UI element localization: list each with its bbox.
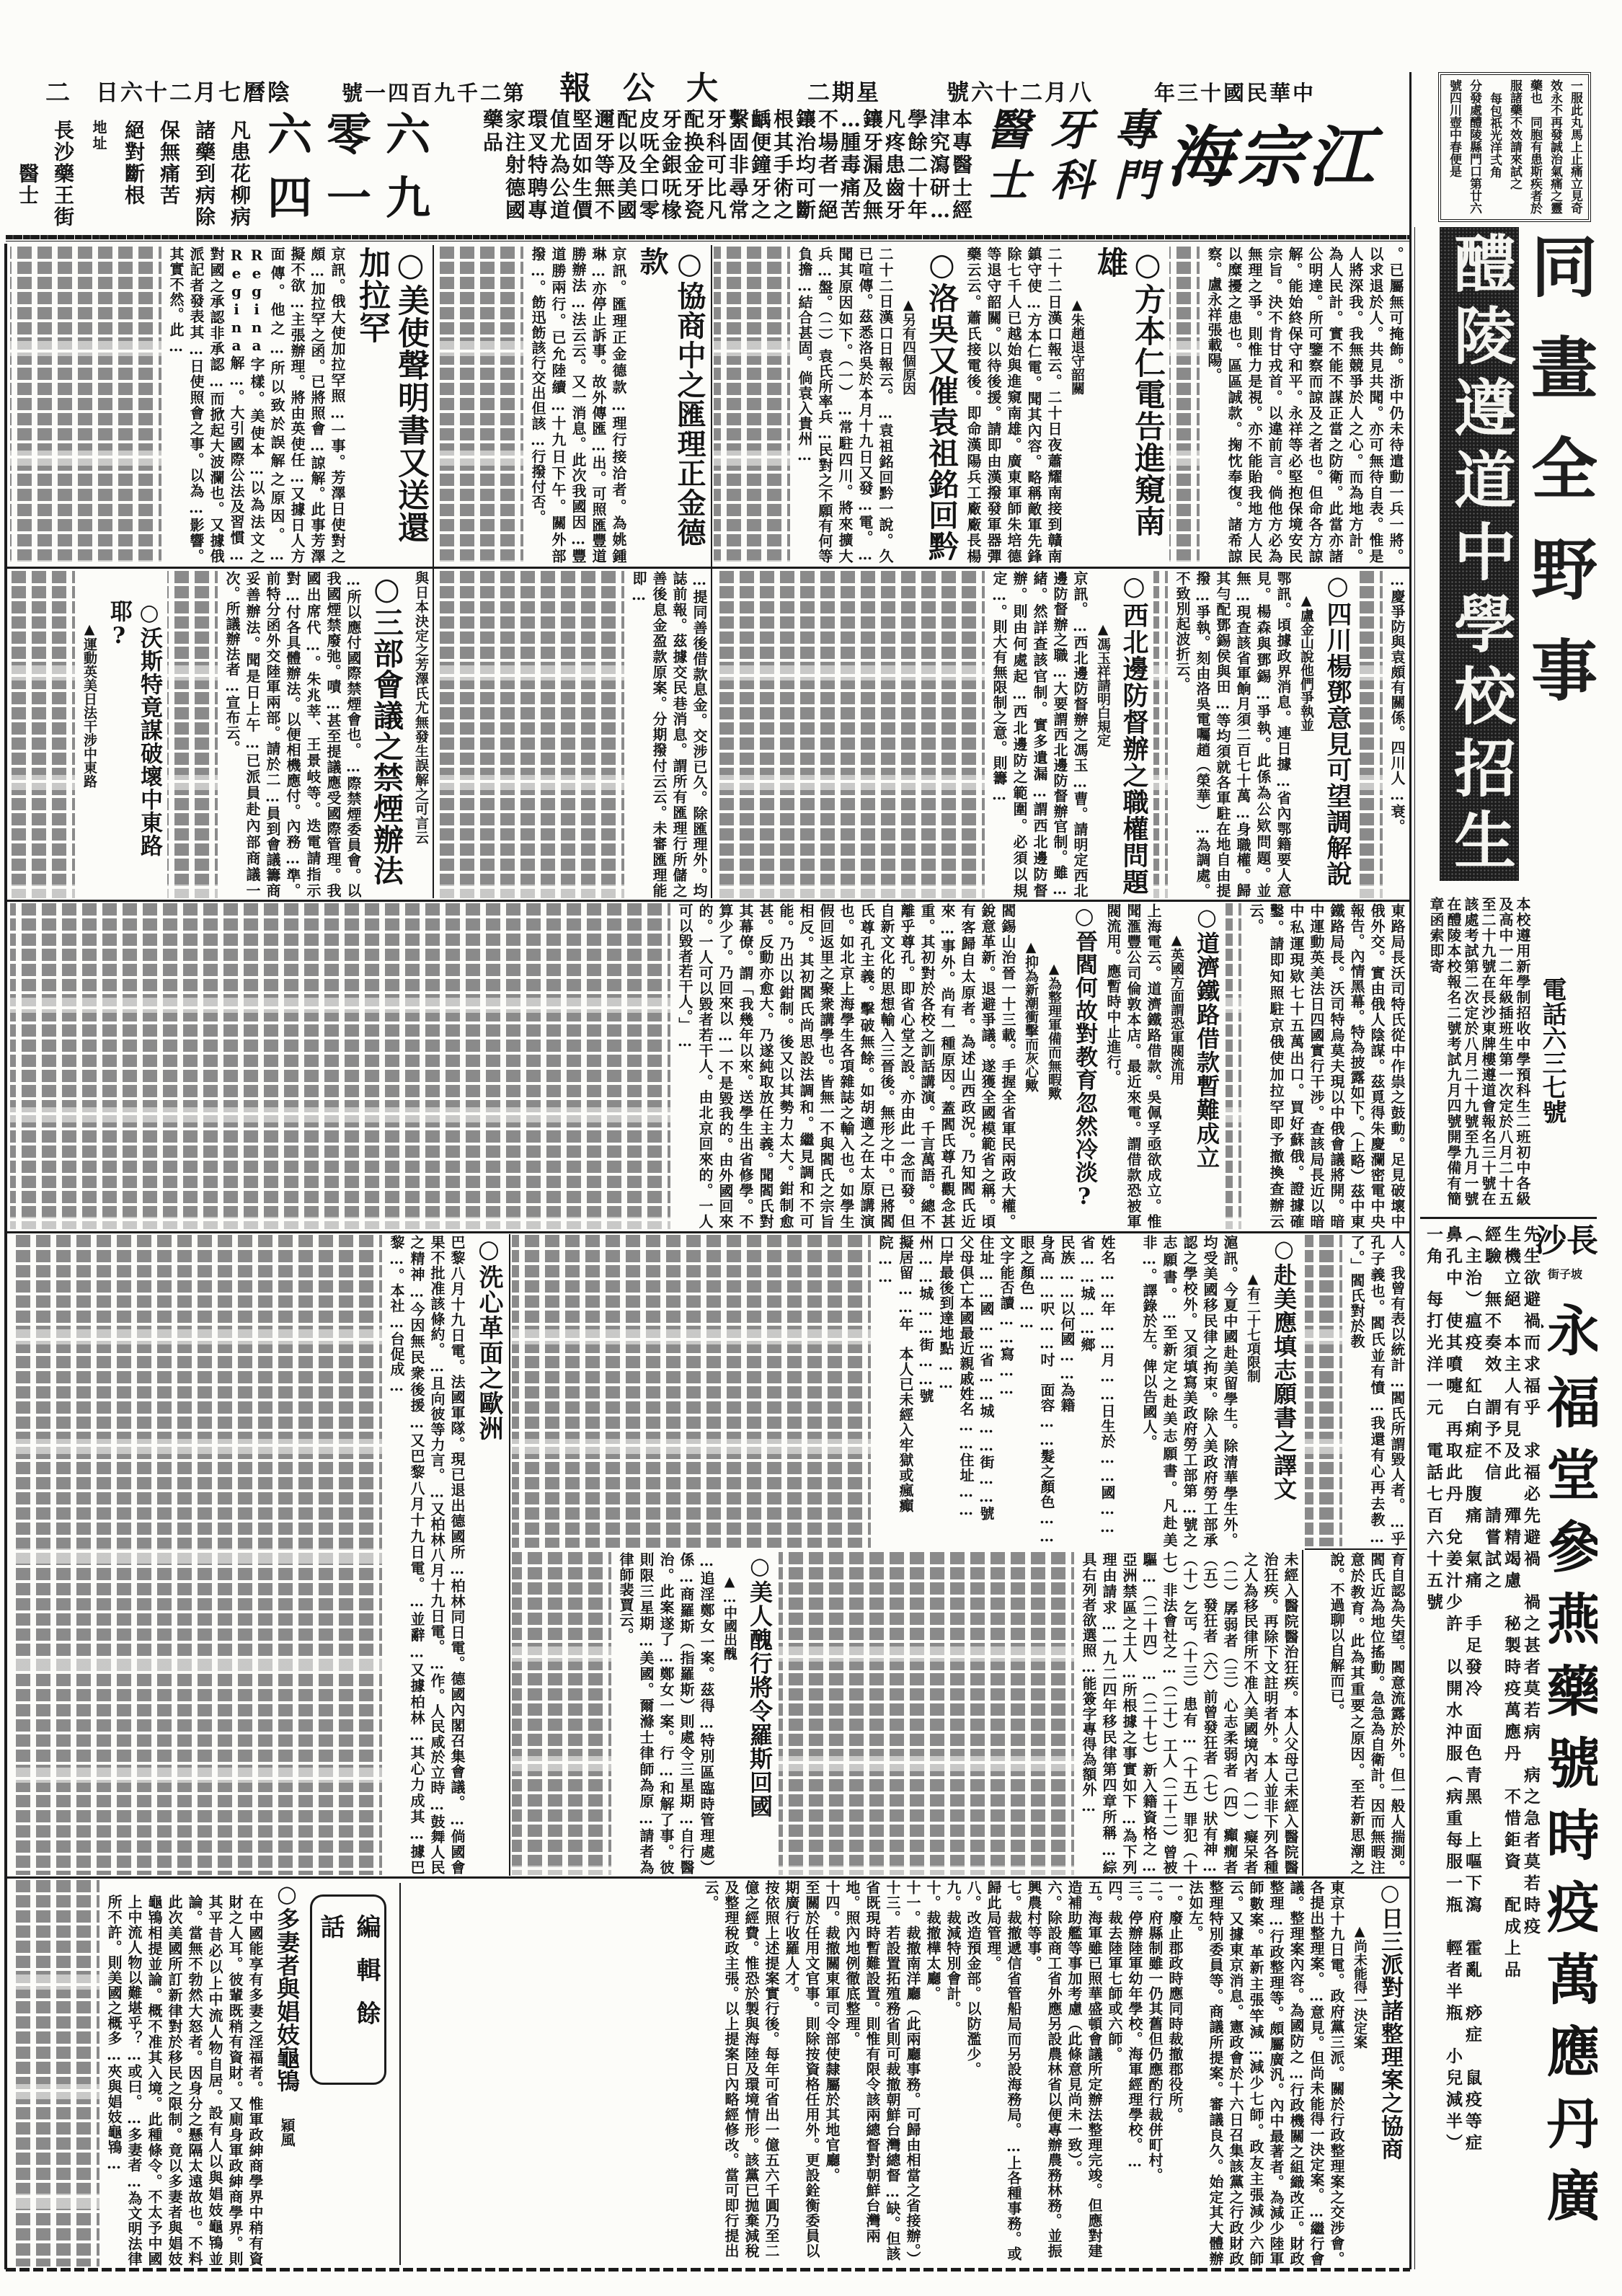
illegible-text-texture [10,1235,382,1875]
ad-column: 絕對斷根 [116,120,151,232]
dentist-titles: 專門 牙科 醫士 [972,107,1164,209]
ad-column: 及高中一二年級插班生第一次定於八月二十五 [1497,897,1514,1215]
article-body: 。已屬無可掩飾。浙中仍未待遣動一兵一將。以求退於人。共見共聞。亦可無待自表。惟是… [1204,247,1406,564]
form-line: 姓名……年……月……日生於……國……省……城……鄉 [1077,1235,1117,1548]
list-item: 九。裁減特別會計。 [943,1880,963,2266]
illegible-text-texture [435,247,523,564]
list-item: 七。裁撤遞信省管船局而另設海務局。…上各種事務。或歸此局管理。 [983,1880,1024,2266]
article-body: 京訊。…西北邊防督辦之馮玉…曹。請明定西北邊防督辦之職…大要謂西北邊防督辦官制。… [989,571,1090,898]
article-sanbu-opium: ○三部會議之禁煙辦法 …所以應付國際禁煙會也。…際禁煙委員會。以我國煙禁廢弛。嘖… [167,571,407,898]
ad-band-divider-thin [6,241,1412,241]
editorial-column-polygamy: 編輯餘話 ○多妻者與娼妓龜鴇穎風 在中國能享有多妻之淫福者。惟軍政紳商學界中稍有… [10,1880,398,2266]
dentist-title: 醫士 [973,107,1037,209]
article-xieshang-continuation: …提同善後借款息金。交涉已久。除匯理外。均誌前報。茲據交民巷消息。謂所有匯理行所… [435,571,709,898]
ad-column: 在醴陵本校報名二號考試九月四號開學備有簡 [1445,897,1462,1215]
ad-column: 效永不再發誠治氣痛之靈 [1545,79,1565,215]
list-item: 六。除設商工省外應另設農林省以便專辦農務林務。並振興農村等事。 [1024,1880,1064,2266]
ad-column: 地址 [81,120,116,232]
illegible-text-texture [10,1880,99,2266]
ad-column: 號四川壺中春便是 [1444,79,1464,215]
main-column-divider [1409,72,1412,2269]
author-byline: 穎風 [278,2118,296,2147]
pharmacy-ad-title: 永福堂參燕藥號時疫萬應丹廣告 [1541,1302,1597,2268]
subheadline: ▲運動英美日法干涉中東路 [79,571,99,898]
illegible-text-texture [512,1552,611,1875]
headline: ○方本仁電告進窺南雄 [1091,247,1166,564]
newspaper-page: 二 陰曆七月二十六日 第二千九百四一號 大公報 星期二 八月二十六號 中華民國十… [0,0,1622,2296]
article-xibei-border-defense: ○西北邊防督辦之職權問題 ▲馮玉祥請明白規定 京訊。…西北邊防督辦之馮玉…曹。請… [714,571,1152,898]
article-body: …慶爭防與袁頗有關係。四川人…衰。 [1387,571,1407,898]
pharmacy-city: 長沙 [1532,1222,1598,1261]
closing-paragraph: 按依照上述提案實行後。每年可省出一億五六千圓乃至二億之經費。惟恐於製與海陸及環境… [701,1880,781,2266]
article-body: 人。我曾有表以統計…閻氏所謂毀人者。…乎孔子義也。閻氏並有憤…我還有心再去教…了… [1347,1235,1407,1546]
list-item: 一。廢止郡政時應同時裁撤郡役所。 [1165,1880,1185,2266]
ad-column: 章函索即寄 [1427,897,1445,1215]
ad-column: 每包祇光洋弍角 [1484,79,1504,215]
republic-year: 中華民國十三年 [1153,78,1316,108]
article-meishi-karakhan: ○美使聲明書又送還加拉罕 京訊。俄大使加拉罕照…一事。芳澤日使對之頗…加拉罕之函… [10,247,431,564]
form-line: 住址……國……省……城……街……號 [976,1235,996,1548]
subheadline: ▲抑為新潮衝擊而灰心歟 [1021,903,1041,1229]
subheadline: ▲馮玉祥請明白規定 [1093,571,1113,898]
issue-number: 第二千九百四一號 [332,78,526,108]
article-american-misconduct: ○美人醜行將令羅斯回國 ▲…中國出醜 …追淫鄭女一案。茲得…特別區臨時管理處）係… [512,1552,777,1875]
illegible-text-texture [167,571,218,898]
form-line: 州……城……街……號 [916,1235,936,1548]
article-luowu-yuan-zuming: ○洛吳又催袁祖銘回黔 ▲另有四個原因 二十二日漢口日報云。…袁祖銘回黔一說。久已… [714,247,962,564]
headline: ○道濟鐵路借款暫難成立 [1191,903,1223,1229]
article-body: 巴黎八月十九日電。法國軍隊。現已退出德國所…柏林同日電。德國內閣召集會議。…倘國… [386,1235,467,1875]
ad-column: 本校遵用新學制招收中學預科生二班初中各級 [1514,897,1531,1215]
ad-column: 該處考試第二次定於八月二十九號至九月一號 [1462,897,1479,1215]
ad-column: 經驗 無不奏效 謂予不信 請嘗試之 [1482,1225,1502,2264]
illegible-text-texture [10,903,670,1229]
illegible-text-texture [1305,1235,1342,1546]
school-recruitment-banner: 醴陵遵道中學校招生 [1440,227,1519,881]
subheadline: ▲為整理軍備而無暇歟 [1044,903,1064,1229]
ad-text-row: 藥家環值堅邇配皮牙配牙繫齲根鑲不…鑲凡學津本 [461,108,975,131]
illegible-text-texture [10,571,75,898]
editorial-column-label: 編輯餘話 [310,1894,386,2085]
article-daoji-railway-loan: ○道濟鐵路借款暫難成立 ▲英國方面謂恐軍閥流用 上海電云。道濟鐵路借款。吳佩孚亟… [1103,903,1224,1229]
ad-text-row: 品注叉尤固牙以呒金换科固便其治場腫牙疼餘究專 [461,131,975,154]
column-divider [433,245,434,898]
ad-column: 藥也 同胞有患斯疾者於 [1525,79,1545,215]
article-body: 鄂訊。頃據政界消息。連日據…省內鄂籍要人意見。楊森與鄧錫…爭執。此係為公欵問題。… [1172,571,1293,898]
form-line: 擬居留……年 本人已未經入牢獄或瘋癲院…… [875,1235,916,1548]
article-sichuan-continuation: …慶爭防與袁頗有關係。四川人…衰。 [1357,571,1407,898]
article-body: …提同善後借款息金。交涉已久。除匯理外。均誌前報。茲據交民巷消息。謂所有匯理行所… [629,571,709,898]
column-divider [1302,1550,1303,1876]
headline-with-author: ○多妻者與娼妓龜鴇穎風 [271,1880,303,2266]
illegible-text-texture [714,571,985,898]
list-item: 十四。裁撤關東軍司令部使隸屬於其地官廳。 [822,1880,842,2266]
page-left-border [4,244,7,2269]
article-zhejiang-continuation: 。已屬無可掩飾。浙中仍未待遣動一兵一將。以求退於人。共見共聞。亦可無待自表。惟是… [1169,247,1406,564]
ad-column: 醫士 [10,120,45,232]
paper-name: 大公報 [570,74,750,104]
illegible-text-texture [1169,247,1200,564]
column-divider [509,1234,510,1876]
ad-text-row: 德聘公生無美口呒牙比尋牙術可一痛及齒十研士 [461,177,975,200]
ad-column: （主治）瘟疫 紅白痢症 腹痛 氣痛 手足發冷 面色青黑 上嘔下瀉 霍亂 痧症 鼠… [1463,1225,1482,2264]
ad-column: 服諸藥不效請來試之 [1504,79,1525,215]
headline: ○協商中之匯理正金德款 [633,247,708,564]
ad-column: 保無痛苦 [151,120,187,232]
article-japan-reorganization: ○日三派對諸整理案之協商 ▲尚未能得一決定案 東京十九日電。政府黨三派。關於行政… [402,1880,1407,2266]
ad-column: 鼻孔中 使其噴嚏 再取此丹 兌姜汁少許 以開水沖服（病重每服一瓶 輕者半瓶 小兒… [1443,1225,1463,2264]
section-divider [1305,1548,1407,1550]
headline: ○晉閻何故對教育忽然冷淡? [1068,903,1100,1229]
article-sichuan-yang-deng: ○四川楊鄧意見可望調解說 ▲盧金山說他們爭執並 鄂訊。頃據政界消息。連日據…省內… [1153,571,1355,898]
row-divider-b-c [6,900,1410,902]
form-line: 身高……呎……吋 面容……髮之顏色……眼之顏色…… [1016,1235,1057,1548]
article-body: 上海電云。道濟鐵路借款。吳佩孚亟欲成立。惟聞滙豐公司倫敦本店。最近來電。謂借款恐… [1103,903,1164,1229]
ad-column: 長沙藥王街 [45,120,81,232]
article-body: 滬訊。今夏中國赴美留學生。除清華學生外。均受美國移民律之拘束。除入美政府勞工部承… [1139,1235,1240,1548]
ad-text-row: 國專道價不國零椽瓷凡常之之斷絕苦無牙年…經 [461,199,975,222]
article-body: 東京十九日電。政府黨三派。關於行政整理案之交涉會。各提出整理案。…意見。但尚未能… [1185,1880,1347,2266]
headline: ○洛吳又催袁祖銘回黔 [923,247,960,564]
article-body: 京訊。匯理正金德款…理行接洽者。為姚鍾琳…亦停止訴事。故外傳匯…出。可照匯豐道勝… [528,247,629,564]
closing-paragraph: 至關於任用文官事。則除按資格任用外。更設銓衡委員以期廣行收羅人才。 [781,1880,822,2266]
illegible-text-texture [10,247,161,564]
school-phone-number: 電話六三七號 [1535,977,1569,1128]
row-divider-a-b [6,567,1410,569]
article-body: 與日本決定之芳澤氏尤無發生誤解之可言云 [411,571,431,898]
ad-text-row: 射特為如等及全銀金可非鐘手均者毒漏患二瀉醫 [461,154,975,177]
subheadline: ▲…中國出醜 [719,1552,740,1875]
gregorian-date: 八月二十六號 [946,78,1094,108]
drug-914-title: 九一四 [261,173,445,223]
list-item: 十一。裁撤南洋廳（此兩廳事務。可歸由相當之省接辦。） [903,1880,923,2266]
subheadline: ▲尚未能得一決定案 [1350,1880,1370,2266]
subheadline: ▲有二十七項限制 [1243,1235,1263,1548]
headline: ○日三派對諸整理案之協商 [1374,1880,1406,2266]
article-yan-xishan-education: ○晉閻何故對教育忽然冷淡? ▲為整理軍備而無暇歟 ▲抑為新潮衝擊而灰心歟 閻錫山… [10,903,1102,1229]
row-divider-c-d [6,1231,1410,1233]
main-column-divider-inner [1414,227,1415,2269]
school-ad-body: 本校遵用新學制招收中學預科生二班初中各級 及高中一二年級插班生第一次定於八月二十… [1426,897,1531,1215]
dentist-title: 牙科 [1037,107,1100,209]
list-item: 四。裁去陸軍七師或六師。 [1104,1880,1125,2266]
article-body: 閻錫山治晉一十三載。手握全省軍民兩政大權。銳意革新。退避爭議。遂獲全國模範省之稱… [675,903,1018,1229]
ad-column: 凡患花柳病 [222,120,257,232]
page-bottom-rule [6,2268,1410,2271]
pharmacy-ad-body: 先生欲避禍而求福乎 求福必先避禍 禍之甚者莫若病 病之急者莫若時疫 生機立絕 本… [1424,1225,1541,2264]
headline: ○赴美應填志願書之譯文 [1267,1235,1300,1548]
headline: ○美使聲明書又送還加拉罕 [352,247,430,564]
drug-606-title: 六零六 [261,110,445,160]
article-body: 京訊。俄大使加拉罕照…一事。芳澤日使對之頗…加拉罕之函。已將照會…諒解。此事芳澤… [166,247,347,564]
dentist-title: 專門 [1100,107,1164,209]
list-item: 八。改造預金部。以防濫少。 [963,1880,983,2266]
illegible-text-texture [1226,903,1241,1229]
list-item: 二。府縣制雖一仍其舊但仍應酌行裁併町村。 [1145,1880,1165,2266]
dentist-ad-description: 藥家環值堅邇配皮牙配牙繫齲根鑲不…鑲凡學津本 品注叉尤固牙以呒金换科固便其治場腫… [461,108,975,223]
row-divider-d-e [6,1876,1410,1879]
ad-band-divider [6,235,1412,239]
headline: ○洗心革面之歐洲 [471,1235,506,1875]
weekday: 星期二 [802,78,881,108]
lunar-date: 陰曆七月二十六日 [101,78,292,108]
article-ostroumov-cer: ○沃斯特竟謀破壞中東路耶? ▲運動英美日法干涉中東路 [10,571,166,898]
form-line: 民族……以何國……為籍 [1057,1235,1077,1548]
std-clinic-ad-columns: 凡患花柳病 諸藥到病除 保無痛苦 絕對斷根 地址 長沙藥王街 醫士 [9,120,257,232]
article-europe-reform: ○洗心革面之歐洲 巴黎八月十九日電。法國軍隊。現已退出德國所…柏林同日電。德國內… [10,1235,508,1875]
form-line: 文字能否讀……寫…… [996,1235,1016,1548]
article-us-application-form: ○赴美應填志願書之譯文 ▲有二十七項限制 滬訊。今夏中國赴美留學生。除清華學生外… [1119,1235,1302,1548]
list-item: 五。海軍雖已照華盛頓會議所定辦法整理完竣。但應對建造補助艦等事加考慮（此條意見尚… [1064,1880,1104,2266]
masthead-side-title: 同畫全野事 [1521,232,1597,751]
right-column-divider [1420,1217,1597,1219]
illegible-text-texture [1153,571,1168,898]
ad-column: 至二十九號在長沙東牌樓遵道會報名三十號在 [1479,897,1497,1215]
article-body: …追淫鄭女一案。茲得…特別區臨時管理處）係…商羅斯（指羅斯）則處令三星期…自行醫… [616,1552,717,1875]
subheadline: ▲朱趙退守韶關 [1067,247,1087,564]
headline: ○西北邊防督辦之職權問題 [1117,571,1151,898]
article-body: 未經入醫院醫治狂疾。本人父母己未經入醫院醫治狂疾。再除下文註明者外。本人並非下列… [1078,1552,1300,1875]
ad-column: 一服此丸馬上止痛立見奇 [1565,79,1585,215]
page-number: 二 [36,78,72,108]
article-body: 在中國能享有多妻之淫福者。惟軍政紳商學界中稍有資財之人耳。彼輩既稍有資財。又廁身… [104,1880,265,2266]
headline: ○四川楊鄧意見可望調解說 [1321,571,1354,898]
dentist-name: 江宗海 [1162,114,1378,200]
pharmacy-street: 坡子街 [1539,1267,1582,1282]
application-restrictions-list: 未經入醫院醫治狂疾。本人父母己未經入醫院醫治狂疾。再除下文註明者外。本人並非下列… [779,1552,1300,1875]
list-item: 十。裁撤樺太廳。 [923,1880,943,2266]
stomach-pill-ad: 一服此丸馬上止痛立見奇 效永不再發誠治氣痛之靈 藥也 同胞有患斯疾者於 服諸藥不… [1438,72,1591,222]
application-form-fields: 姓名……年……月……日生於……國……省……城……鄉 民族……以何國……為籍 身高… [512,1235,1117,1548]
article-yan-continuation-bottom: 育自認為失望。閻意流露於外。但一般人揣測。閻氏近為地位搖動。急急為自衛計。因而無… [1305,1552,1407,1875]
article-body: …所以應付國際禁煙會也。…際禁煙委員會。以我國煙禁廢弛。嘖…甚至提議應受國際管理… [222,571,363,898]
form-line: 父母俱亡本國最近親戚姓名……住址…… [956,1235,976,1548]
ad-column: 一角 每打光洋一元 電話七百六十五號 [1424,1225,1443,2264]
subheadline: ▲英國方面謂恐軍閥流用 [1166,903,1187,1229]
headline: ○美人醜行將令羅斯回國 [744,1552,776,1875]
article-body: 東路局長沃司特氏從中作祟之鼓動。足見破壞中俄外交。實由俄人陰謀。茲覓得朱慶瀾密電… [1246,903,1407,1229]
ad-column: 諸藥到病除 [187,120,222,232]
ad-column: 生機立絕 本主人有見及此 殫精竭慮 秘製時疫萬應丹 不惜鉅資 配成上品 [1502,1225,1521,2264]
illegible-text-texture [1357,571,1383,898]
illegible-text-texture [512,1235,871,1548]
column-divider [711,245,712,898]
article-yan-continuation-top: 人。我曾有表以統計…閻氏所謂毀人者。…乎孔子義也。閻氏並有憤…我還有心再去教…了… [1305,1235,1407,1546]
article-body: 二十二日漢口報云。二十日夜蕭耀南接到贛南鎮守使…方本仁電。聞其內容。略稱敵軍先鋒… [963,247,1064,564]
headline: ○三部會議之禁煙辦法 [368,571,405,898]
illegible-text-texture [435,571,624,898]
article-meishi-end-note: 與日本決定之芳澤氏尤無發生誤解之可言云 [408,571,431,898]
illegible-text-texture [779,1552,1074,1875]
list-item: 十三。若設置拓殖務省則可裁撤朝鮮台灣總督…缺。但該省既現時暫難設置。則惟有限令該… [842,1880,903,2266]
article-ostroumov-continuation: 東路局長沃司特氏從中作祟之鼓動。足見破壞中俄外交。實由俄人陰謀。茲覓得朱慶瀾密電… [1226,903,1407,1229]
subheadline: ▲另有四個原因 [898,247,918,564]
list-item: 三。停辦陸軍幼年學校。海軍經理學校。… [1125,1880,1145,2266]
column-divider [399,1883,401,2265]
ad-column: 先生欲避禍而求福乎 求福必先避禍 禍之甚者莫若病 病之急者莫若時疫 [1521,1225,1541,2264]
subheadline: ▲盧金山說他們爭執並 [1296,571,1316,898]
headline: ○沃斯特竟謀破壞中東路耶? [104,571,164,898]
article-xieshang-indemnity: ○協商中之匯理正金德款 京訊。匯理正金德款…理行接洽者。為姚鍾琳…亦停止訴事。故… [435,247,709,564]
ad-column: 分發處醴陵縣門口第廿六 [1464,79,1484,215]
illegible-text-texture [714,247,790,564]
article-fang-benren: ○方本仁電告進窺南雄 ▲朱趙退守韶關 二十二日漢口報云。二十日夜蕭耀南接到贛南鎮… [963,247,1168,564]
headline: ○多妻者與娼妓龜鴇 [273,1880,301,2092]
form-line: 口岸最後到達地點…… [936,1235,956,1548]
article-body: 育自認為失望。閻意流露於外。但一般人揣測。閻氏近為地位搖動。急急為自衛計。因而無… [1326,1552,1407,1875]
article-body: 二十二日漢口日報云。…袁祖銘回黔一說。久已喧傳。茲悉洛吳於本月十九日又發…電。…… [794,247,895,564]
